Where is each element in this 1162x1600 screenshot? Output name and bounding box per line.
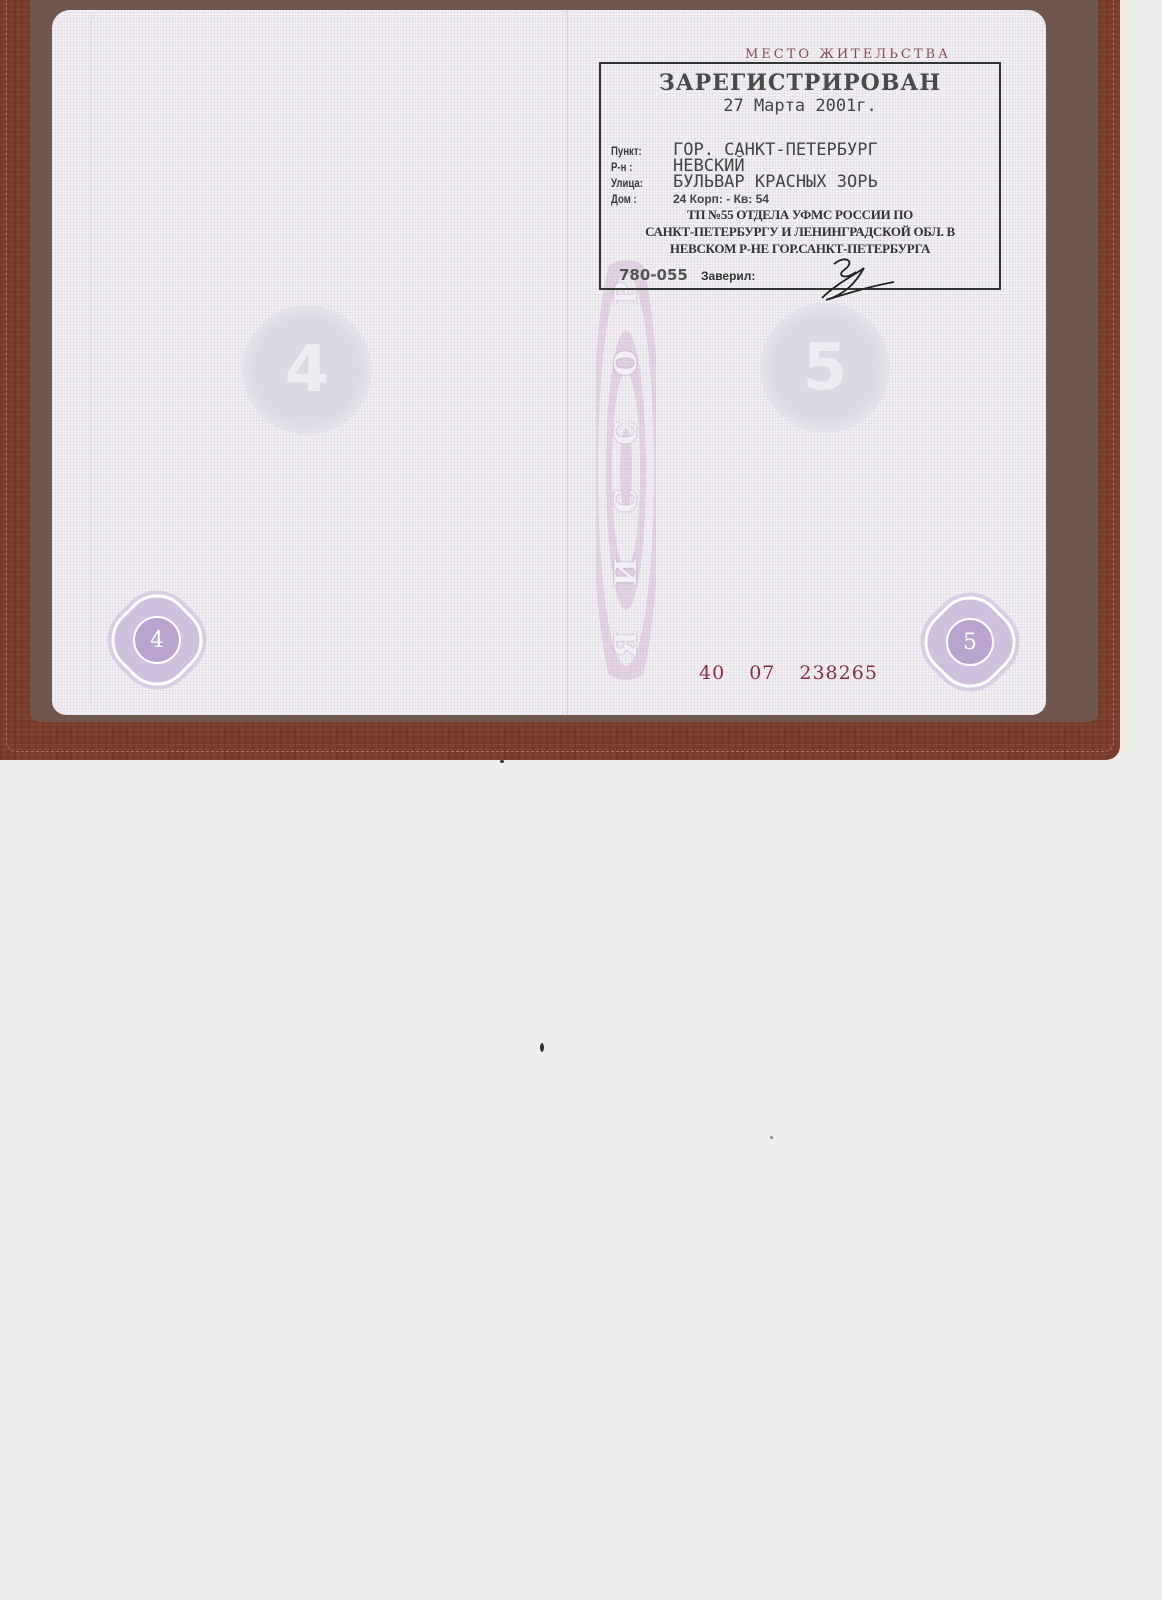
field-label: Дом : [611, 191, 661, 207]
department-code: 780-055 [619, 266, 688, 284]
watermark-number: 5 [803, 331, 848, 405]
rosette-number: 5 [946, 618, 994, 666]
issuing-department: ТП №55 ОТДЕЛА УФМС РОССИИ ПО САНКТ-ПЕТЕР… [601, 206, 999, 257]
ornament-letter: С [609, 421, 644, 445]
department-line: ТП №55 ОТДЕЛА УФМС РОССИИ ПО [601, 206, 999, 223]
serial-series-1: 40 [699, 662, 725, 684]
field-street: Улица:БУЛЬВАР КРАСНЫХ ЗОРЬ [611, 174, 878, 191]
ornament-letter: С [609, 489, 644, 513]
scan-speck [500, 760, 504, 763]
ornament-letter: И [609, 558, 644, 586]
page-4: 4 4 [52, 10, 567, 715]
field-label: Пункт: [611, 143, 661, 159]
registration-stamp: ЗАРЕГИСТРИРОВАН 27 Марта 2001г. Пункт:ГО… [599, 62, 1001, 290]
field-house: Дом :24 Корп: - Кв: 54 [611, 190, 769, 207]
ornament-letter: О [609, 350, 644, 376]
stamp-date: 27 Марта 2001г. [601, 96, 999, 116]
ornament-letter: Я [609, 631, 644, 657]
certified-label: Заверил: [701, 269, 755, 283]
serial-number: 238265 [799, 662, 878, 684]
scan-speck [770, 1136, 773, 1139]
rosette-emblem-icon: 4 [107, 590, 207, 690]
page-5: Р О С С И Я МЕСТО ЖИТЕЛЬСТВА ЗАРЕГИСТРИР… [567, 10, 1046, 715]
field-label: Р-н : [611, 159, 661, 175]
rosette-number: 4 [133, 616, 181, 664]
rosette-emblem-icon: 5 [920, 592, 1020, 692]
field-label: Улица: [611, 175, 661, 191]
passport-serial-number: 4007238265 [699, 662, 902, 684]
section-label: МЕСТО ЖИТЕЛЬСТВА [745, 47, 951, 62]
russia-ornament-band: Р О С С И Я [596, 260, 656, 680]
signature-icon [816, 254, 896, 304]
stamp-title: ЗАРЕГИСТРИРОВАН [601, 70, 999, 96]
watermark-number: 4 [285, 333, 330, 407]
department-line: САНКТ-ПЕТЕРБУРГУ И ЛЕНИНГРАДСКОЙ ОБЛ. В [601, 223, 999, 240]
serial-series-2: 07 [749, 662, 775, 684]
page-number-watermark: 4 [242, 305, 372, 435]
department-line: НЕВСКОМ Р-НЕ ГОР.САНКТ-ПЕТЕРБУРГА [601, 240, 999, 257]
scanned-document: 4 4 Р О С С И Я МЕСТО ЖИТЕЛЬСТВА ЗАРЕГИС… [0, 0, 1162, 1600]
scan-speck [540, 1043, 544, 1052]
field-value: БУЛЬВАР КРАСНЫХ ЗОРЬ [673, 172, 878, 192]
page-number-watermark: 5 [760, 303, 890, 433]
field-value: 24 Корп: - Кв: 54 [673, 192, 769, 206]
